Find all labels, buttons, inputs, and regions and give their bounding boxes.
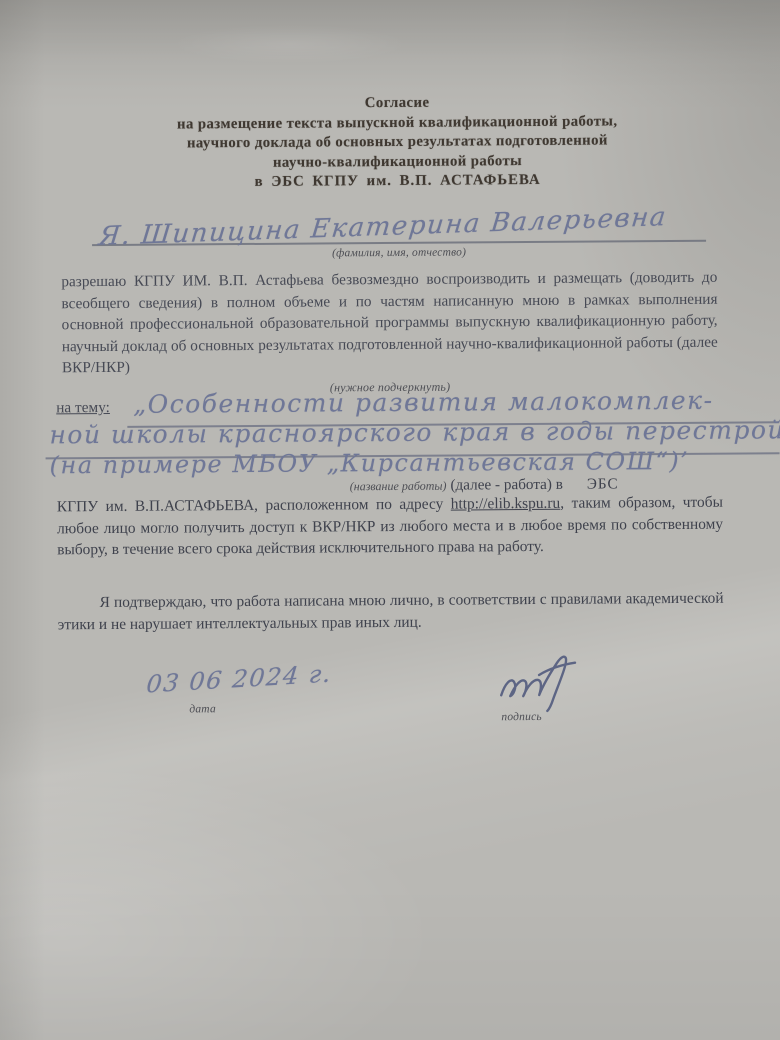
- ebs-caption: ЭБС: [587, 475, 619, 492]
- elib-url: http://elib.kspu.ru: [451, 495, 561, 513]
- consent-form-sheet: Согласие на размещение текста выпускной …: [0, 0, 780, 1040]
- handwritten-topic-line-1: „Особенности развития малокомплек-: [133, 386, 713, 419]
- handwritten-topic-line-2: ной школы красноярского края в годы пере…: [49, 415, 780, 449]
- signature-stroke-icon: [487, 649, 591, 714]
- confirmation-paragraph: Я подтверждаю, что работа написана мною …: [57, 588, 723, 636]
- handwritten-date: 03 06 2024 г.: [145, 660, 333, 699]
- signature-caption: подпись: [501, 711, 541, 723]
- date-caption: дата: [189, 703, 216, 715]
- title-line-5: в ЭБС КГПУ им. В.П. АСТАФЬЕВА: [24, 170, 772, 195]
- document-title: Согласие на размещение текста выпускной …: [23, 91, 772, 194]
- handwritten-signature: [487, 649, 591, 714]
- access-paragraph: КГПУ им. В.П.АСТАФЬЕВА, расположенном по…: [57, 492, 723, 562]
- work-title-caption: (название работы): [350, 479, 447, 494]
- permission-paragraph: разрешаю КГПУ ИМ. В.П. Астафьева безвозм…: [61, 267, 718, 380]
- handwritten-name: Я. Шипицина Екатерина Валерьевна: [97, 202, 668, 252]
- hereinafter-caption: (далее - работа) в: [450, 476, 563, 494]
- topic-label: на тему:: [56, 399, 110, 417]
- handwritten-topic-line-3: (на примере МБОУ „Кирсантьевская СОШ“)’: [50, 447, 690, 479]
- photo-of-document: Согласие на размещение текста выпускной …: [0, 0, 780, 1040]
- name-underline-field: Я. Шипицина Екатерина Валерьевна: [92, 204, 706, 246]
- access-text-before-url: КГПУ им. В.П.АСТАФЬЕВА, расположенном по…: [57, 496, 451, 516]
